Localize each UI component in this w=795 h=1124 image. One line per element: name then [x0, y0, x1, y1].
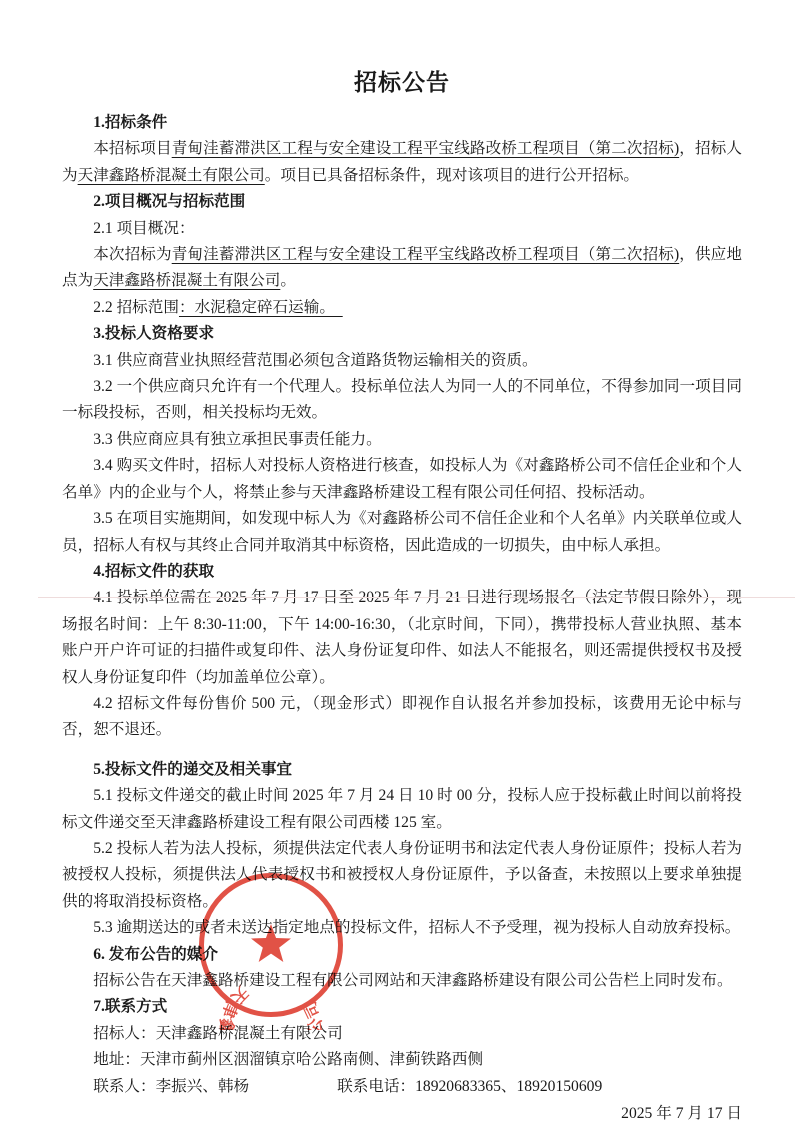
section-1-body: 本招标项目青甸洼蓄滞洪区工程与安全建设工程平宝线路改桥工程项目（第二次招标)，招…	[62, 136, 742, 189]
star-icon	[251, 924, 291, 962]
clause-2-1-body: 本次招标为青甸洼蓄滞洪区工程与安全建设工程平宝线路改桥工程项目（第二次招标)，供…	[62, 242, 742, 295]
document-body: 1.招标条件本招标项目青甸洼蓄滞洪区工程与安全建设工程平宝线路改桥工程项目（第二…	[62, 110, 742, 1100]
section-7-heading: 7.联系方式	[62, 994, 742, 1020]
clause-2-2: 2.2 招标范围：水泥稳定碎石运输。	[62, 295, 742, 321]
company-seal-graphic: 天津鑫路桥混凝土有限公司	[186, 860, 356, 1030]
seal-company-name: 天津鑫路桥混凝土有限公司	[217, 983, 326, 1030]
underlined-text-segment: 天津鑫路桥混凝土有限公司	[78, 167, 265, 184]
contact-address: 地址：天津市蓟州区洇溜镇京哈公路南侧、津蓟铁路西侧	[62, 1047, 742, 1073]
text-segment: 4.招标文件的获取	[93, 563, 214, 580]
text-segment: 。项目已具备招标条件，现对该项目的进行公开招标。	[265, 167, 639, 184]
underlined-text-segment: 青甸洼蓄滞洪区工程与安全建设工程平宝线路改桥工程项目（第二次招标)	[172, 246, 680, 263]
text-segment: 4.2 招标文件每份售价 500 元，（现金形式）即视作自认报名并参加投标，该费…	[62, 695, 742, 738]
text-segment: 联系电话：18920683365、18920150609	[337, 1078, 602, 1095]
document-date: 2025 年 7 月 17 日	[62, 1101, 742, 1124]
section-4-heading: 4.招标文件的获取	[62, 559, 742, 585]
text-segment: 2.2 招标范围	[93, 299, 179, 316]
scanned-document-page: 招标公告 1.招标条件本招标项目青甸洼蓄滞洪区工程与安全建设工程平宝线路改桥工程…	[0, 0, 795, 1124]
section-2-heading: 2.项目概况与招标范围	[62, 189, 742, 215]
text-segment: 本招标项目	[93, 140, 172, 157]
clause-3-5: 3.5 在项目实施期间，如发现中标人为《对鑫路桥公司不信任企业和个人名单》内关联…	[62, 506, 742, 559]
text-segment: 7.联系方式	[93, 998, 167, 1015]
underlined-text-segment: ：水泥稳定碎石运输。	[179, 299, 343, 316]
clause-3-4: 3.4 购买文件时，招标人对投标人资格进行核查，如投标人为《对鑫路桥公司不信任企…	[62, 453, 742, 506]
document-content: 招标公告 1.招标条件本招标项目青甸洼蓄滞洪区工程与安全建设工程平宝线路改桥工程…	[62, 64, 742, 1124]
clause-5-1: 5.1 投标文件递交的截止时间 2025 年 7 月 24 日 10 时 00 …	[62, 783, 742, 836]
company-seal: 天津鑫路桥混凝土有限公司	[186, 860, 356, 1030]
text-segment: 。	[280, 272, 296, 289]
text-segment: 联系人：李振兴、韩杨	[93, 1078, 249, 1095]
text-segment: 4.1 投标单位需在 2025 年 7 月 17 日至 2025 年 7 月 2…	[62, 589, 742, 685]
clause-4-1: 4.1 投标单位需在 2025 年 7 月 17 日至 2025 年 7 月 2…	[62, 585, 742, 691]
underlined-text-segment: 天津鑫路桥混凝土有限公司	[93, 272, 280, 289]
clause-5-2: 5.2 投标人若为法人投标，须提供法定代表人身份证明书和法定代表人身份证原件；投…	[62, 836, 742, 915]
text-segment: 2.1 项目概况：	[93, 220, 194, 237]
text-segment: 地址：天津市蓟州区洇溜镇京哈公路南侧、津蓟铁路西侧	[93, 1051, 483, 1068]
clause-3-3: 3.3 供应商应具有独立承担民事责任能力。	[62, 427, 742, 453]
text-segment: 5.2 投标人若为法人投标，须提供法定代表人身份证明书和法定代表人身份证原件；投…	[62, 840, 742, 910]
clause-5-3: 5.3 逾期送达的或者未送达指定地点的投标文件，招标人不予受理，视为投标人自动放…	[62, 915, 742, 941]
clause-2-1: 2.1 项目概况：	[62, 216, 742, 242]
clause-3-2: 3.2 一个供应商只允许有一个代理人。投标单位法人为同一人的不同单位，不得参加同…	[62, 374, 742, 427]
text-segment: 3.投标人资格要求	[93, 325, 214, 342]
contact-tenderer: 招标人：天津鑫路桥混凝土有限公司	[62, 1021, 742, 1047]
text-segment: 3.3 供应商应具有独立承担民事责任能力。	[93, 431, 382, 448]
section-1-heading: 1.招标条件	[62, 110, 742, 136]
text-segment: 3.4 购买文件时，招标人对投标人资格进行核查，如投标人为《对鑫路桥公司不信任企…	[62, 457, 742, 500]
text-segment: 5.投标文件的递交及相关事宜	[93, 761, 292, 778]
section-5-heading: 5.投标文件的递交及相关事宜	[62, 757, 742, 783]
text-segment: 3.2 一个供应商只允许有一个代理人。投标单位法人为同一人的不同单位，不得参加同…	[62, 378, 742, 421]
underlined-text-segment: 青甸洼蓄滞洪区工程与安全建设工程平宝线路改桥工程项目（第二次招标)	[172, 140, 680, 157]
text-segment: 3.5 在项目实施期间，如发现中标人为《对鑫路桥公司不信任企业和个人名单》内关联…	[62, 510, 742, 553]
text-segment: 5.1 投标文件递交的截止时间 2025 年 7 月 24 日 10 时 00 …	[62, 787, 742, 830]
clause-4-2: 4.2 招标文件每份售价 500 元，（现金形式）即视作自认报名并参加投标，该费…	[62, 691, 742, 744]
text-segment: 1.招标条件	[93, 114, 167, 131]
svg-text:天津鑫路桥混凝土有限公司: 天津鑫路桥混凝土有限公司	[217, 983, 326, 1030]
clause-3-1: 3.1 供应商营业执照经营范围必须包含道路货物运输相关的资质。	[62, 348, 742, 374]
section-6-body: 招标公告在天津鑫路桥建设工程有限公司网站和天津鑫路桥建设有限公司公告栏上同时发布…	[62, 968, 742, 994]
text-segment: 3.1 供应商营业执照经营范围必须包含道路货物运输相关的资质。	[93, 352, 537, 369]
section-3-heading: 3.投标人资格要求	[62, 321, 742, 347]
contact-persons: 联系人：李振兴、韩杨联系电话：18920683365、18920150609	[62, 1074, 742, 1100]
scan-artifact-line	[38, 597, 795, 598]
text-segment: 本次招标为	[93, 246, 172, 263]
page-title: 招标公告	[62, 64, 742, 97]
section-6-heading: 6. 发布公告的媒介	[62, 942, 742, 968]
text-segment: 2.项目概况与招标范围	[93, 193, 245, 210]
